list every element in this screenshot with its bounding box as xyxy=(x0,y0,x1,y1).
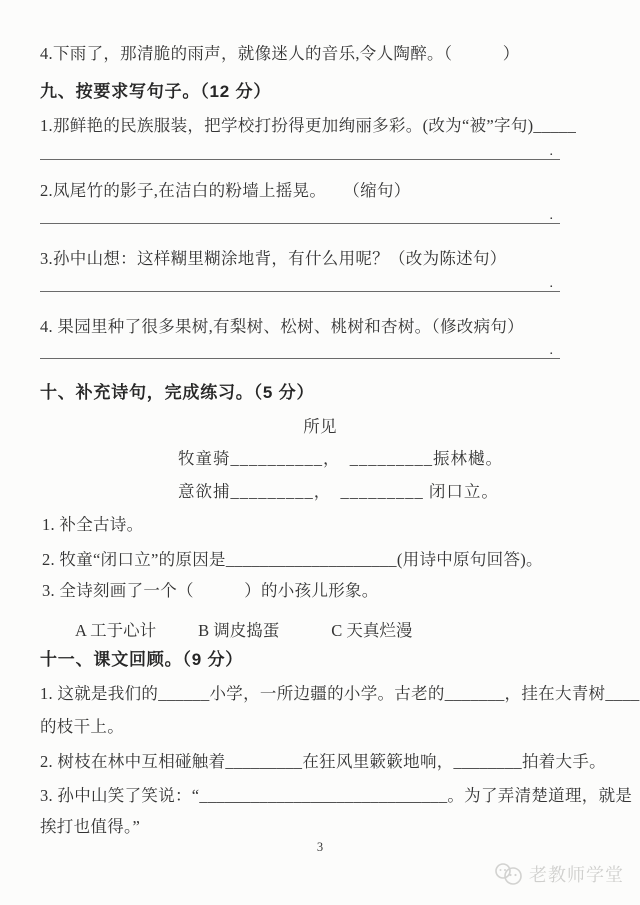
answer-line-period: . xyxy=(550,343,554,358)
multiple-choice-options: A 工于心计B 调皮捣蛋C 天真烂漫 xyxy=(75,617,412,641)
section-eleven-item-1-line-2: 的枝干上。 xyxy=(40,717,124,737)
section-nine-item-4: 4. 果园里种了很多果树,有梨树、松树、桃树和杏树。（修改病句） xyxy=(40,317,524,337)
page-number: 3 xyxy=(0,840,640,855)
answer-line-period: . xyxy=(550,208,554,223)
exam-paper-page: 4.下雨了，那清脆的雨声，就像迷人的音乐,令人陶醉。（ ） 九、按要求写句子。（… xyxy=(0,0,640,905)
section-ten-question-3: 3. 全诗刻画了一个（ ）的小孩儿形象。 xyxy=(42,581,379,601)
section-eleven-item-2: 2. 树枝在林中互相碰触着_________在狂风里簌簌地响，________拍… xyxy=(40,752,606,772)
section-nine-item-3: 3.孙中山想：这样糊里糊涂地背，有什么用呢？（改为陈述句） xyxy=(40,249,507,269)
answer-blank-line-3: . xyxy=(40,272,560,292)
section-ten-heading: 十、补充诗句，完成练习。（5 分） xyxy=(40,383,314,403)
option-b: B 调皮捣蛋 xyxy=(198,621,279,640)
chat-faces-logo-icon xyxy=(493,862,525,886)
poem-line-1: 牧童骑__________， _________振林樾。 xyxy=(178,449,503,469)
section-eleven-item-1-line-1: 1. 这就是我们的______小学，一所边疆的小学。古老的_______，挂在大… xyxy=(40,684,640,704)
section-eleven-item-3-line-1: 3. 孙中山笑了笑说：“____________________________… xyxy=(40,786,632,806)
section-ten-question-2: 2. 牧童“闭口立”的原因是____________________(用诗中原句… xyxy=(42,550,543,570)
section-eleven-heading: 十一、课文回顾。（9 分） xyxy=(40,650,243,670)
poem-title: 所见 xyxy=(0,417,640,437)
answer-blank-line-4: . xyxy=(40,339,560,359)
option-a: A 工于心计 xyxy=(75,621,156,640)
watermark: 老教师学堂 xyxy=(493,861,624,887)
section-ten-question-1: 1. 补全古诗。 xyxy=(42,515,143,535)
answer-blank-line-1: . xyxy=(40,140,560,160)
section-nine-item-1: 1.那鲜艳的民族服装，把学校打扮得更加绚丽多彩。(改为“被”字句)_____ xyxy=(40,116,576,136)
option-c: C 天真烂漫 xyxy=(331,621,412,640)
question-prev-item4: 4.下雨了，那清脆的雨声，就像迷人的音乐,令人陶醉。（ ） xyxy=(40,44,520,64)
section-nine-item-2: 2.凤尾竹的影子,在洁白的粉墙上摇晃。 （缩句） xyxy=(40,181,411,201)
section-eleven-item-3-line-2: 挨打也值得。” xyxy=(40,817,140,837)
answer-line-period: . xyxy=(550,144,554,159)
section-nine-heading: 九、按要求写句子。（12 分） xyxy=(40,82,271,102)
poem-line-2: 意欲捕_________， _________ 闭口立。 xyxy=(178,482,499,502)
answer-line-period: . xyxy=(550,276,554,291)
watermark-text: 老教师学堂 xyxy=(529,861,624,887)
answer-blank-line-2: . xyxy=(40,204,560,224)
